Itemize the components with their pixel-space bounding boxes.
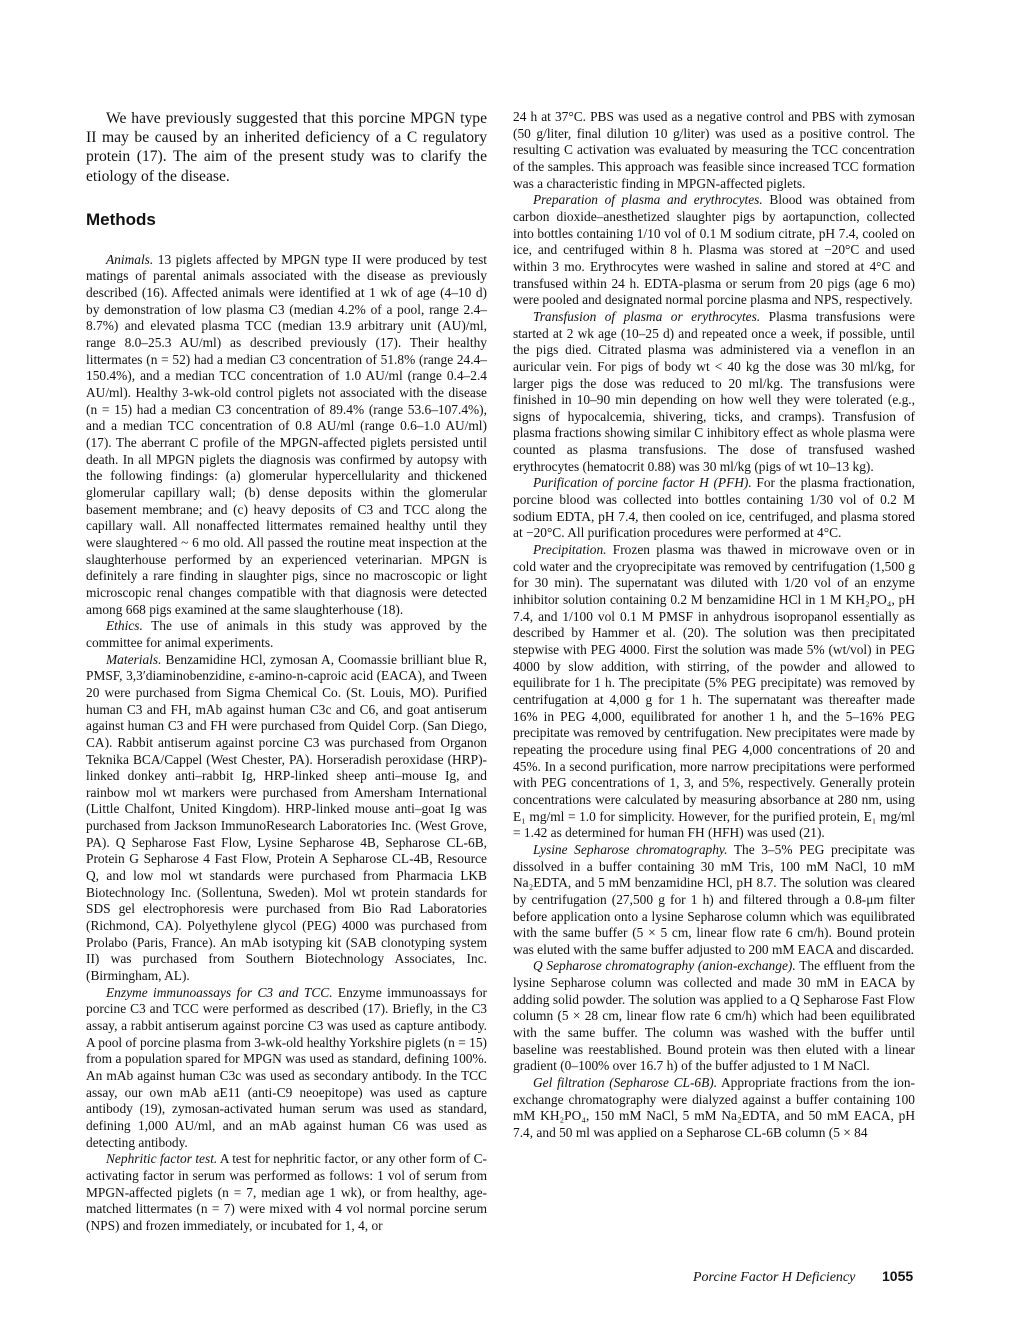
paragraph-lead: Lysine Sepharose chromatography. [533, 842, 727, 857]
paragraph-lead: Animals. [106, 252, 153, 267]
paragraph-continuation: 24 h at 37°C. PBS was used as a negative… [513, 109, 915, 192]
paragraph-text: Blood was obtained from carbon dioxide–a… [513, 192, 915, 307]
paragraph-text: The effluent from the lysine Sepharose c… [513, 958, 915, 1073]
paragraph-nephritic-factor: Nephritic factor test. A test for nephri… [86, 1151, 487, 1234]
paragraph-materials: Materials. Benzamidine HCl, zymosan A, C… [86, 652, 487, 985]
paragraph-lead: Q Sepharose chromatography (anion-exchan… [533, 958, 796, 973]
intro-paragraph: We have previously suggested that this p… [86, 109, 487, 186]
left-column: We have previously suggested that this p… [86, 109, 487, 1235]
paragraph-text: Plasma transfusions were started at 2 wk… [513, 309, 915, 474]
paragraph-lead: Gel filtration (Sepharose CL-6B). [533, 1075, 717, 1090]
running-title: Porcine Factor H Deficiency [693, 1270, 855, 1286]
paragraph-gel-filtration: Gel filtration (Sepharose CL-6B). Approp… [513, 1075, 915, 1142]
paragraph-lead: Transfusion of plasma or erythrocytes. [533, 309, 760, 324]
paragraph-enzyme-immunoassays: Enzyme immunoassays for C3 and TCC. Enzy… [86, 985, 487, 1152]
right-column: 24 h at 37°C. PBS was used as a negative… [513, 109, 915, 1142]
paragraph-lead: Preparation of plasma and erythrocytes. [533, 192, 763, 207]
paragraph-ethics: Ethics. The use of animals in this study… [86, 618, 487, 651]
page-number: 1055 [882, 1268, 913, 1284]
paragraph-lead: Materials. [106, 652, 161, 667]
paragraph-lysine-sepharose: Lysine Sepharose chromatography. The 3–5… [513, 842, 915, 959]
paragraph-text: The use of animals in this study was app… [86, 618, 487, 650]
paragraph-lead: Purification of porcine factor H (PFH). [533, 475, 752, 490]
paragraph-text: Benzamidine HCl, zymosan A, Coomassie br… [86, 652, 487, 983]
section-heading-methods: Methods [86, 210, 487, 230]
paragraph-lead: Enzyme immunoassays for C3 and TCC. [106, 985, 333, 1000]
paragraph-text: 13 piglets affected by MPGN type II were… [86, 252, 487, 617]
paragraph-q-sepharose: Q Sepharose chromatography (anion-exchan… [513, 958, 915, 1075]
paragraph-text: The 3–5% PEG precipitate was dissolved i… [513, 842, 915, 957]
paragraph-animals: Animals. 13 piglets affected by MPGN typ… [86, 252, 487, 618]
paragraph-lead: Nephritic factor test. [106, 1151, 217, 1166]
paragraph-text: 24 h at 37°C. PBS was used as a negative… [513, 109, 915, 191]
paragraph-text: Enzyme immunoassays for porcine C3 and T… [86, 985, 487, 1150]
paragraph-precipitation: Precipitation. Frozen plasma was thawed … [513, 542, 915, 842]
paragraph-transfusion: Transfusion of plasma or erythrocytes. P… [513, 309, 915, 476]
paragraph-lead: Precipitation. [533, 542, 607, 557]
paragraph-preparation: Preparation of plasma and erythrocytes. … [513, 192, 915, 309]
paragraph-lead: Ethics. [106, 618, 143, 633]
paragraph-purification: Purification of porcine factor H (PFH). … [513, 475, 915, 542]
paragraph-text: Frozen plasma was thawed in microwave ov… [513, 542, 915, 840]
